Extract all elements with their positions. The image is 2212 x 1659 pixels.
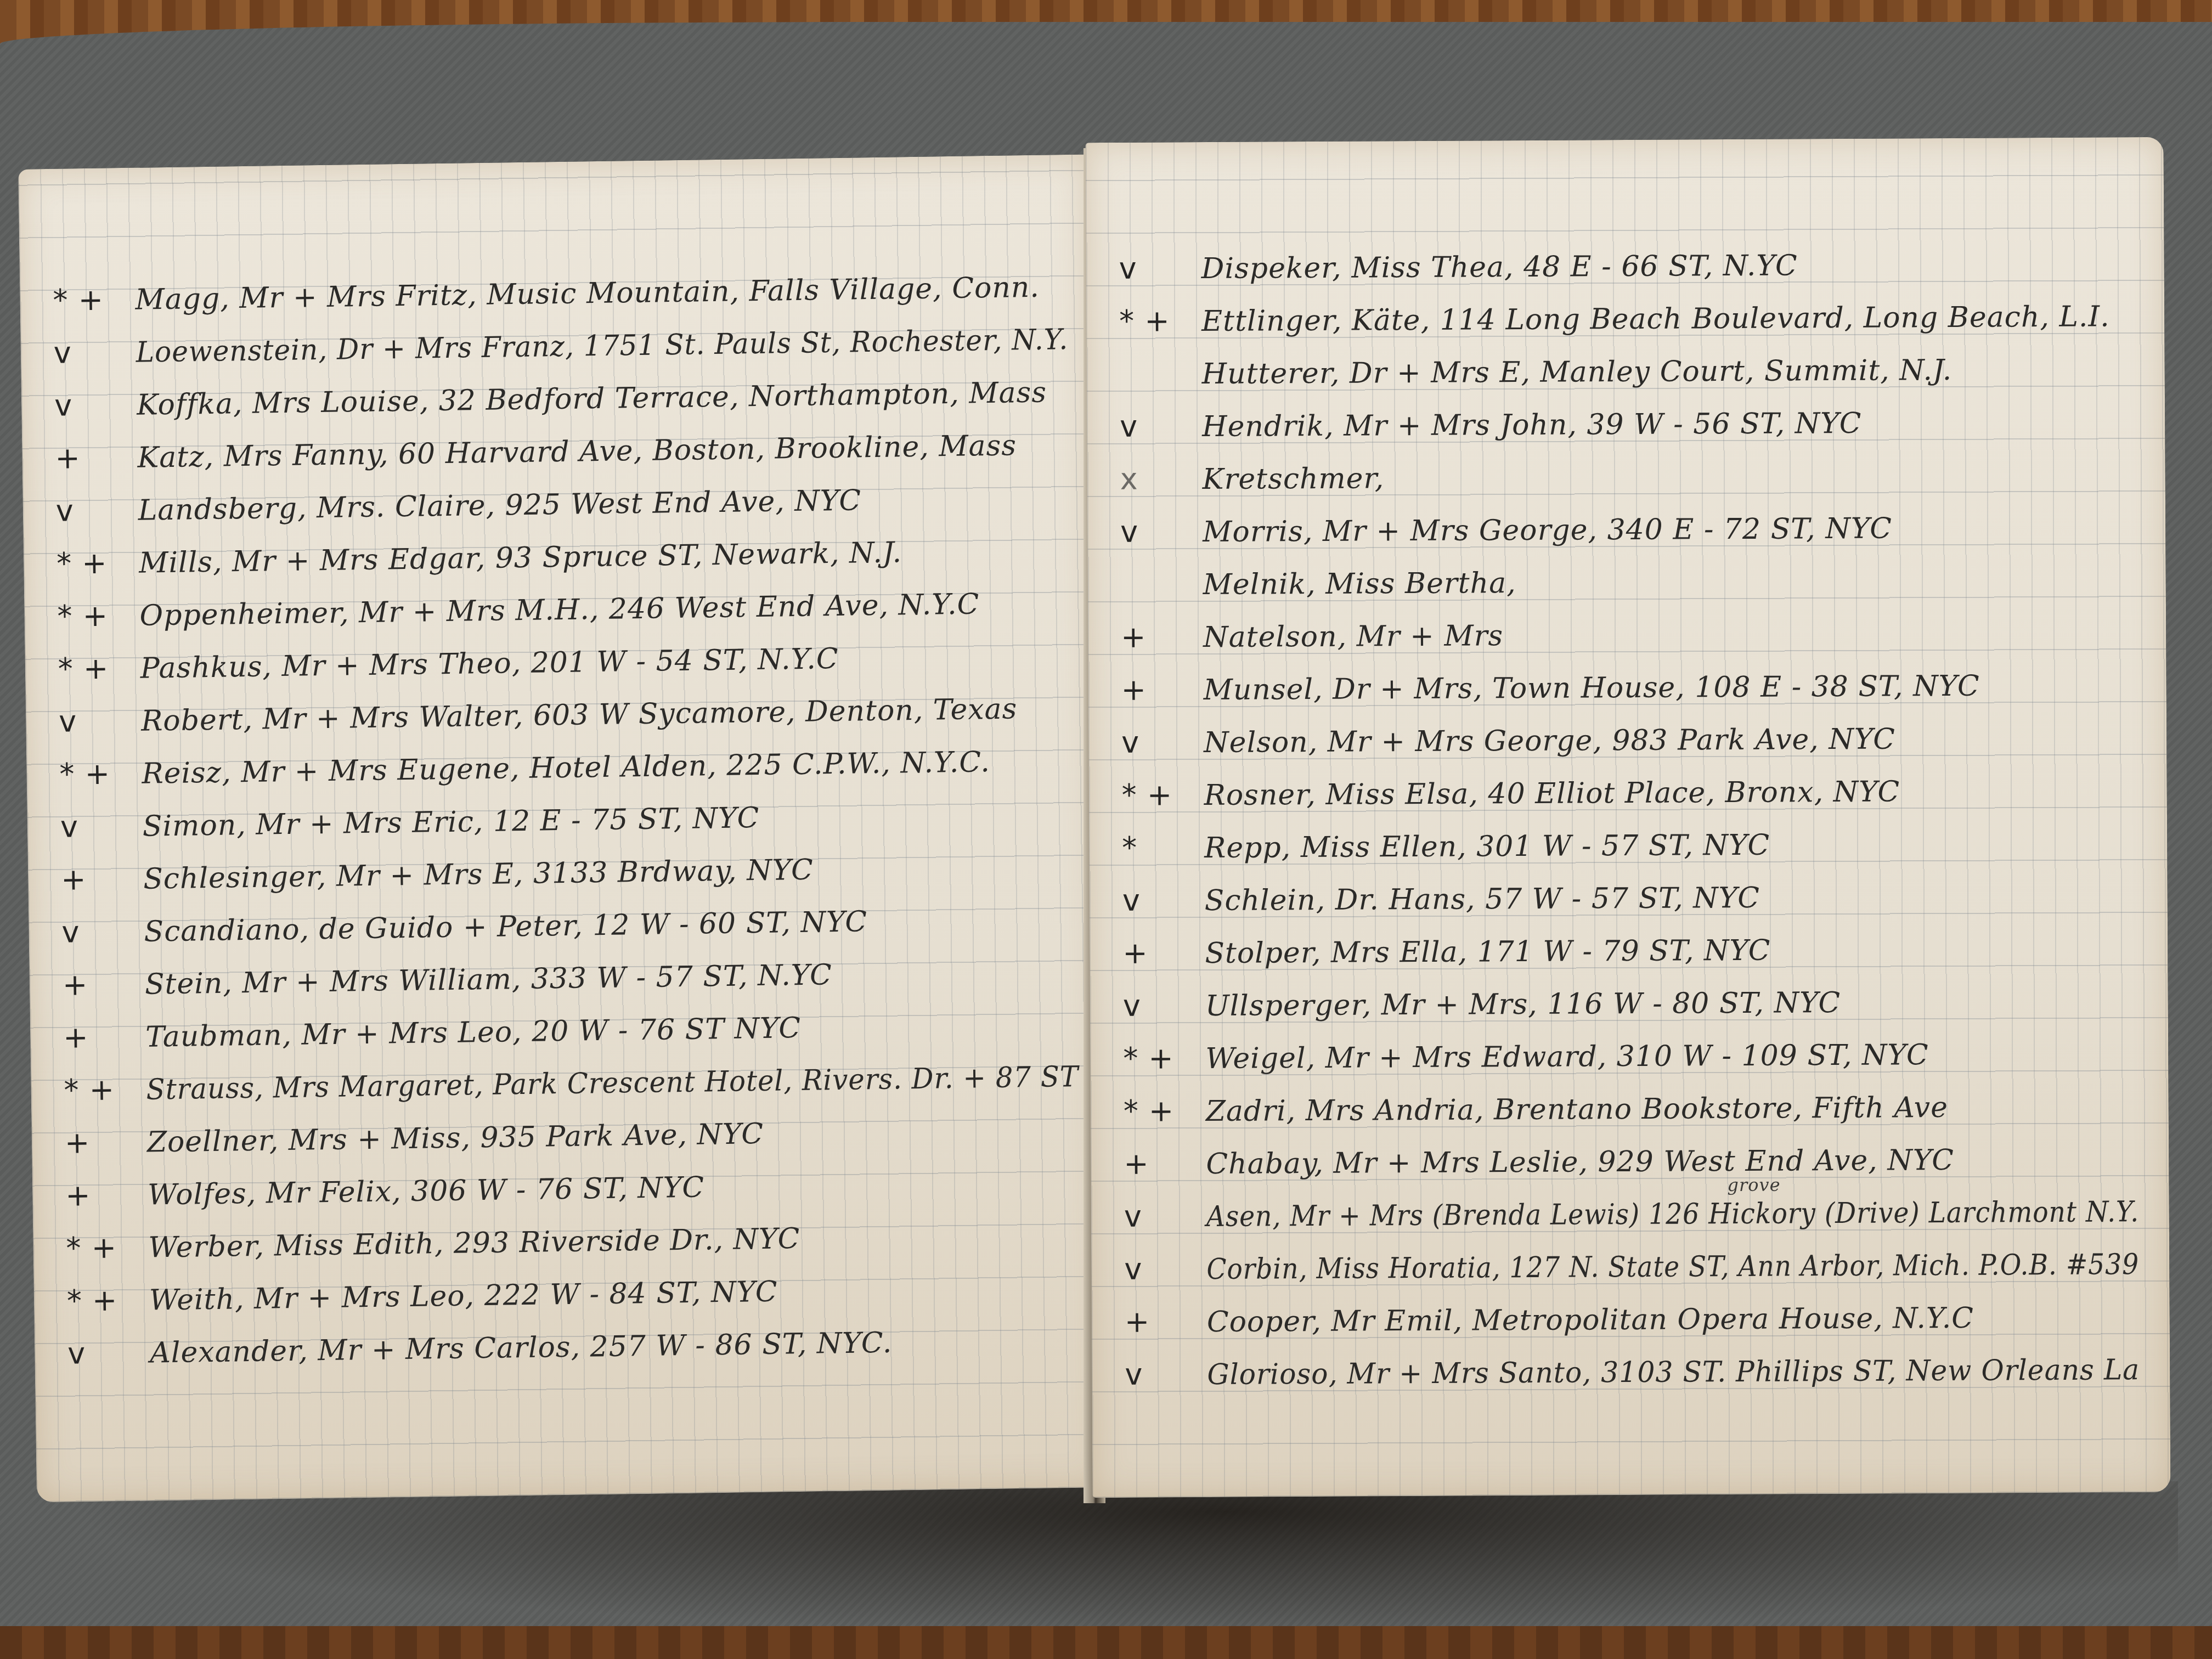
entry-mark: + [1124,1146,1206,1181]
entry-mark: v [55,493,138,528]
entry-text: Chabay, Mr + Mrs Leslie, 929 West End Av… [1206,1144,1954,1181]
entry-mark: + [55,440,138,476]
list-item: vNelson, Mr + Mrs George, 983 Park Ave, … [1121,702,2153,760]
entry-text: Corbin, Miss Horatia, 127 N. State ST, A… [1206,1248,2139,1286]
entry-mark: * + [58,651,140,686]
entry-mark: + [1122,935,1205,970]
list-item: +Munsel, Dr + Mrs, Town House, 108 E - 3… [1121,649,2152,707]
wood-surface-bottom [0,1626,2212,1659]
entry-mark: v [1124,1199,1206,1234]
list-item: vMorris, Mr + Mrs George, 340 E - 72 ST,… [1120,491,2152,549]
entry-text: Morris, Mr + Mrs George, 340 E - 72 ST, … [1203,512,1892,549]
list-item: vSchlein, Dr. Hans, 57 W - 57 ST, NYC [1122,860,2153,918]
entry-text: Melnik, Miss Bertha, [1203,567,1516,601]
list-item: *Repp, Miss Ellen, 301 W - 57 ST, NYC [1122,807,2153,865]
entry-text: Rosner, Miss Elsa, 40 Elliot Place, Bron… [1204,775,1900,812]
list-item: +Natelson, Mr + Mrs [1121,596,2152,654]
entry-mark: v [1120,409,1202,444]
entry-mark: * + [53,282,136,318]
entry-mark: * + [1123,1041,1205,1076]
address-list-right: vDispeker, Miss Thea, 48 E - 66 ST, N.YC… [1119,228,2156,1392]
entry-mark: + [64,1125,147,1160]
entry-mark: v [60,809,143,844]
entry-mark: v [1119,251,1201,286]
entry-text: Asen, Mr + Mrs (Brenda Lewis) 126 Hickor… [1206,1195,2140,1233]
entry-text: Dispeker, Miss Thea, 48 E - 66 ST, N.YC [1201,249,1798,285]
entry-mark: * + [57,545,139,581]
list-item: vAsen, Mr + Mrs (Brenda Lewis) 126 Hicko… [1124,1176,2155,1234]
entry-text: Repp, Miss Ellen, 301 W - 57 ST, NYC [1204,829,1770,865]
entry-mark: + [1121,672,1204,707]
entry-mark: * + [64,1072,146,1108]
list-item: +Stolper, Mrs Ella, 171 W - 79 ST, NYC [1122,912,2154,970]
entry-annotation: grove [1727,1175,1780,1196]
list-item: vDispeker, Miss Thea, 48 E - 66 ST, N.YC [1119,228,2150,286]
entry-text: Glorioso, Mr + Mrs Santo, 3103 ST. Phill… [1207,1353,2140,1391]
entry-text: Natelson, Mr + Mrs [1203,619,1503,654]
entry-text: Kretschmer, [1203,462,1385,496]
entry-mark: * + [57,598,140,634]
entry-mark: v [67,1335,150,1371]
entry-mark: + [65,1177,148,1213]
entry-mark: + [62,967,145,1002]
entry-text: Munsel, Dr + Mrs, Town House, 108 E - 38… [1204,670,1980,707]
list-item: * +Zadri, Mrs Andria, Brentano Bookstore… [1123,1070,2154,1128]
entry-mark: * + [59,756,142,792]
list-item: Hutterer, Dr + Mrs E, Manley Court, Summ… [1119,333,2151,391]
notebook-page-left: * +Magg, Mr + Mrs Fritz, Music Mountain,… [18,155,1107,1503]
entry-mark: * [1122,830,1204,865]
entry-mark: + [1125,1304,1207,1339]
list-item: vGlorioso, Mr + Mrs Santo, 3103 ST. Phil… [1125,1334,2156,1392]
entry-mark: v [1124,1251,1206,1286]
entry-mark: v [1120,514,1203,549]
entry-mark: + [63,1019,146,1055]
entry-mark: * + [1122,777,1204,812]
list-item: * +Weigel, Mr + Mrs Edward, 310 W - 109 … [1123,1018,2154,1076]
list-item: * +Ettlinger, Käte, 114 Long Beach Boule… [1119,280,2151,338]
list-item: +Cooper, Mr Emil, Metropolitan Opera Hou… [1124,1281,2155,1339]
entry-text: Weigel, Mr + Mrs Edward, 310 W - 109 ST,… [1205,1039,1929,1075]
entry-text: Ettlinger, Käte, 114 Long Beach Boulevar… [1201,300,2110,338]
entry-text: Schlein, Dr. Hans, 57 W - 57 ST, NYC [1205,882,1760,917]
entry-mark: + [61,861,144,897]
entry-mark: v [59,703,142,739]
entry-mark: * + [66,1230,149,1266]
address-list-left: * +Magg, Mr + Mrs Fritz, Music Mountain,… [53,251,1099,1371]
list-item: +Chabay, Mr + Mrs Leslie, 929 West End A… [1124,1123,2155,1181]
list-item: vUllsperger, Mr + Mrs, 116 W - 80 ST, NY… [1122,965,2154,1023]
entry-mark: * + [66,1283,149,1318]
entry-text: Alexander, Mr + Mrs Carlos, 257 W - 86 S… [150,1327,893,1370]
entry-mark: * + [1119,303,1201,338]
entry-mark: v [1123,988,1205,1023]
list-item: xKretschmer, [1120,438,2151,496]
entry-mark: v [1122,883,1205,918]
entry-mark: v [1121,725,1204,760]
entry-text: Stolper, Mrs Ella, 171 W - 79 ST, NYC [1205,934,1771,970]
entry-mark: v [61,914,144,950]
list-item: vCorbin, Miss Horatia, 127 N. State ST, … [1124,1228,2155,1286]
entry-text: Zadri, Mrs Andria, Brentano Bookstore, F… [1206,1091,1948,1128]
entry-mark: + [1121,619,1203,654]
entry-text: Nelson, Mr + Mrs George, 983 Park Ave, N… [1204,723,1895,759]
entry-text: Ullsperger, Mr + Mrs, 116 W - 80 ST, NYC [1205,986,1841,1023]
entry-mark: x [1120,461,1203,496]
entry-mark: v [1125,1357,1207,1392]
notebook-shadow [66,1481,2178,1635]
entry-text: Cooper, Mr Emil, Metropolitan Opera Hous… [1207,1302,1974,1339]
entry-mark: v [53,335,136,370]
entry-mark: v [54,387,137,423]
entry-text: Hendrik, Mr + Mrs John, 39 W - 56 ST, NY… [1202,407,1861,443]
entry-text: Hutterer, Dr + Mrs E, Manley Court, Summ… [1202,354,1953,391]
list-item: vHendrik, Mr + Mrs John, 39 W - 56 ST, N… [1120,386,2151,444]
list-item: * +Rosner, Miss Elsa, 40 Elliot Place, B… [1121,754,2153,812]
notebook-page-right: vDispeker, Miss Thea, 48 E - 66 ST, N.YC… [1086,137,2171,1498]
list-item: Melnik, Miss Bertha, [1120,544,2152,602]
entry-mark: * + [1124,1093,1206,1128]
